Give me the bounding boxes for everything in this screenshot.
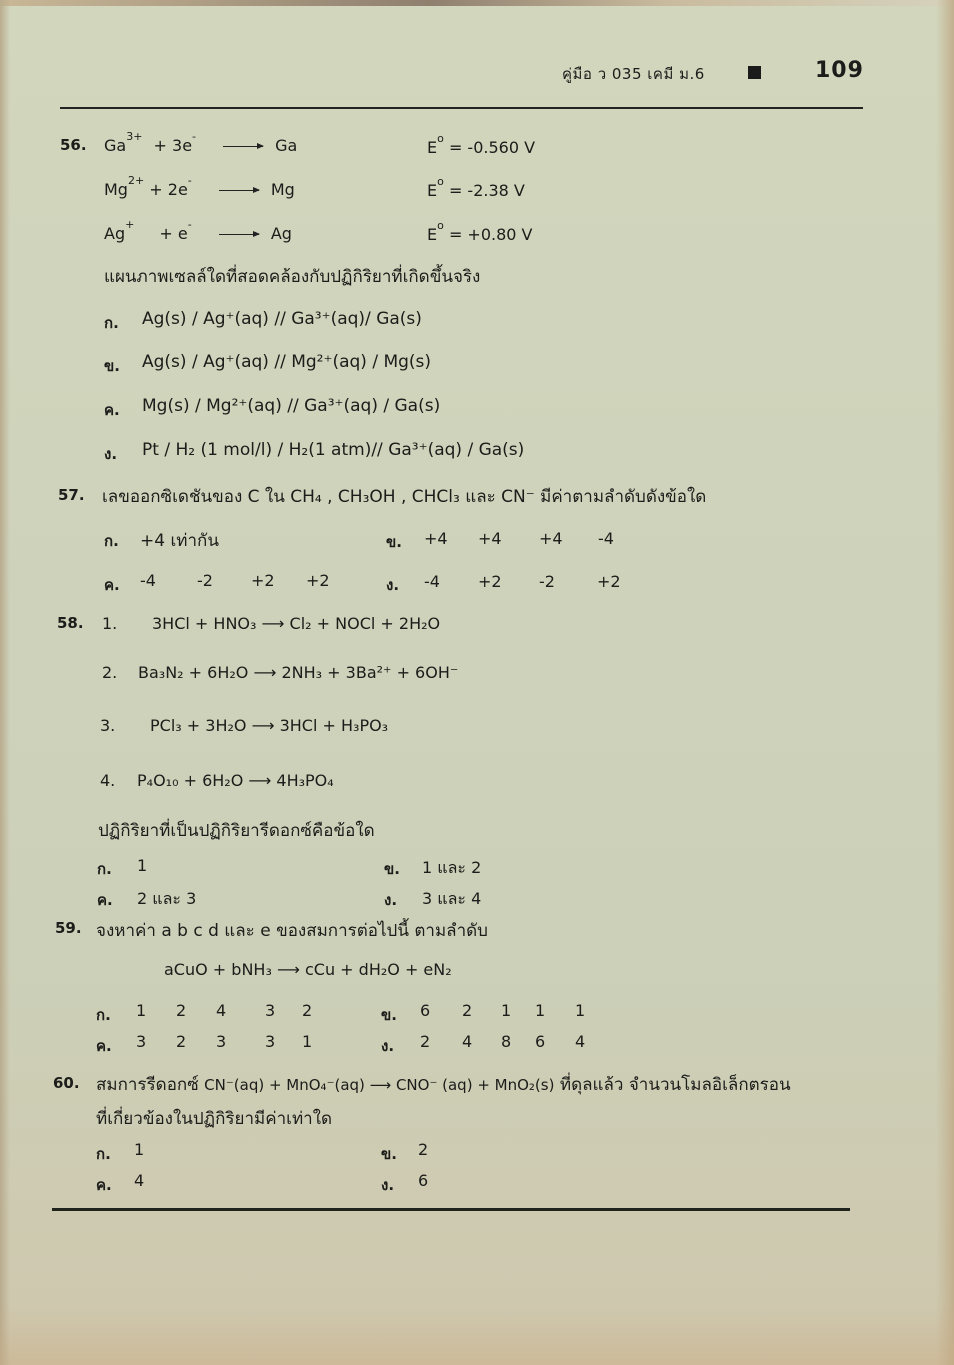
q58-option-c-label: ค. bbox=[97, 888, 113, 912]
question-60-prompt-line1: สมการรีดอกซ์ CN⁻(aq) + MnO₄⁻(aq) ⟶ CNO⁻ … bbox=[96, 1071, 791, 1098]
q56-option-c-label: ค. bbox=[104, 398, 120, 422]
q59-option-a-v1[interactable]: 1 bbox=[136, 1001, 146, 1020]
q57-option-a-label: ก. bbox=[104, 529, 119, 553]
question-56-number: 56. bbox=[60, 136, 87, 154]
q58-option-a-text[interactable]: 1 bbox=[137, 856, 147, 875]
q57-option-b-v2[interactable]: +4 bbox=[478, 529, 502, 548]
reaction-4: P₄O₁₀ + 6H₂O ⟶ 4H₃PO₄ bbox=[137, 771, 334, 790]
q57-option-c-v4[interactable]: +2 bbox=[306, 571, 330, 590]
q59-option-a-v4[interactable]: 3 bbox=[265, 1001, 275, 1020]
q59-option-a-v3[interactable]: 4 bbox=[216, 1001, 226, 1020]
question-59-prompt: จงหาค่า a b c d และ e ของสมการต่อไปนี้ ต… bbox=[96, 917, 488, 944]
q56-option-b-text[interactable]: Ag(s) / Ag⁺(aq) // Mg²⁺(aq) / Mg(s) bbox=[142, 352, 431, 372]
half-reaction-1: Ga3+ + 3e- Ga bbox=[104, 136, 297, 155]
q57-option-c-v3[interactable]: +2 bbox=[251, 571, 275, 590]
question-60-equation: CN⁻(aq) + MnO₄⁻(aq) ⟶ CNO⁻ (aq) + MnO₂(s… bbox=[204, 1076, 554, 1094]
page-bottom-edge bbox=[0, 1305, 954, 1365]
reaction-4-index: 4. bbox=[100, 771, 115, 790]
q59-option-c-v5[interactable]: 1 bbox=[302, 1032, 312, 1051]
q58-option-b-label: ข. bbox=[384, 857, 400, 881]
q59-option-d-v4[interactable]: 6 bbox=[535, 1032, 545, 1051]
page-number: 109 bbox=[815, 58, 864, 83]
q59-option-d-v3[interactable]: 8 bbox=[501, 1032, 511, 1051]
q56-option-d-text[interactable]: Pt / H₂ (1 mol/l) / H₂(1 atm)// Ga³⁺(aq)… bbox=[142, 440, 524, 460]
q57-option-a-text[interactable]: +4 เท่ากัน bbox=[140, 527, 219, 554]
q59-option-b-v4[interactable]: 1 bbox=[535, 1001, 545, 1020]
q60-option-b-text[interactable]: 2 bbox=[418, 1140, 428, 1159]
q59-option-d-v1[interactable]: 2 bbox=[420, 1032, 430, 1051]
square-bullet-icon bbox=[748, 66, 761, 79]
q59-option-a-v2[interactable]: 2 bbox=[176, 1001, 186, 1020]
question-57-prompt: เลขออกซิเดชันของ C ใน CH₄ , CH₃OH , CHCl… bbox=[102, 483, 706, 510]
reaction-2: Ba₃N₂ + 6H₂O ⟶ 2NH₃ + 3Ba²⁺ + 6OH⁻ bbox=[138, 663, 458, 682]
q56-option-a-text[interactable]: Ag(s) / Ag⁺(aq) // Ga³⁺(aq)/ Ga(s) bbox=[142, 309, 422, 329]
q59-option-c-v4[interactable]: 3 bbox=[265, 1032, 275, 1051]
q56-option-a-label: ก. bbox=[104, 311, 119, 335]
q58-option-d-text[interactable]: 3 และ 4 bbox=[422, 887, 481, 912]
page-right-edge bbox=[936, 0, 954, 1365]
page-left-edge bbox=[0, 0, 10, 1365]
q56-option-d-label: ง. bbox=[104, 442, 117, 466]
q60-option-d-label: ง. bbox=[381, 1173, 394, 1197]
q59-option-b-v3[interactable]: 1 bbox=[501, 1001, 511, 1020]
running-header: คู่มือ ว 035 เคมี ม.6 bbox=[562, 62, 761, 86]
q57-option-d-v4[interactable]: +2 bbox=[597, 572, 621, 591]
q57-option-d-label: ง. bbox=[386, 573, 399, 597]
q59-option-a-v5[interactable]: 2 bbox=[302, 1001, 312, 1020]
q58-option-b-text[interactable]: 1 และ 2 bbox=[422, 856, 481, 881]
question-59-number: 59. bbox=[55, 919, 82, 937]
q58-option-a-label: ก. bbox=[97, 857, 112, 881]
q57-option-d-v3[interactable]: -2 bbox=[539, 572, 555, 591]
reaction-1: 3HCl + HNO₃ ⟶ Cl₂ + NOCl + 2H₂O bbox=[152, 614, 440, 633]
q56-option-c-text[interactable]: Mg(s) / Mg²⁺(aq) // Ga³⁺(aq) / Ga(s) bbox=[142, 396, 440, 416]
q59-option-d-v5[interactable]: 4 bbox=[575, 1032, 585, 1051]
page-top-edge bbox=[0, 0, 954, 6]
q59-option-b-v5[interactable]: 1 bbox=[575, 1001, 585, 1020]
q59-option-c-label: ค. bbox=[96, 1034, 112, 1058]
q60-option-c-label: ค. bbox=[96, 1173, 112, 1197]
reaction-1-index: 1. bbox=[102, 614, 117, 633]
question-57-number: 57. bbox=[58, 486, 85, 504]
footer-rule bbox=[52, 1208, 850, 1211]
q58-option-d-label: ง. bbox=[384, 888, 397, 912]
q57-option-b-label: ข. bbox=[386, 530, 402, 554]
reaction-2-index: 2. bbox=[102, 663, 117, 682]
header-rule bbox=[60, 107, 863, 109]
q59-option-b-label: ข. bbox=[381, 1003, 397, 1027]
question-60-prompt-line2: ที่เกี่ยวข้องในปฏิกิริยามีค่าเท่าใด bbox=[96, 1105, 332, 1132]
q59-option-b-v1[interactable]: 6 bbox=[420, 1001, 430, 1020]
potential-2: Eo = -2.38 V bbox=[427, 181, 525, 200]
q59-option-c-v1[interactable]: 3 bbox=[136, 1032, 146, 1051]
question-56-prompt: แผนภาพเซลล์ใดที่สอดคล้องกับปฏิกิริยาที่เ… bbox=[104, 263, 480, 290]
question-59-equation: aCuO + bNH₃ ⟶ cCu + dH₂O + eN₂ bbox=[164, 960, 452, 979]
book-title: คู่มือ ว 035 เคมี ม.6 bbox=[562, 65, 705, 83]
q59-option-a-label: ก. bbox=[96, 1003, 111, 1027]
q60-option-a-text[interactable]: 1 bbox=[134, 1140, 144, 1159]
half-reaction-2: Mg2+ + 2e- Mg bbox=[104, 180, 295, 199]
q59-option-d-v2[interactable]: 4 bbox=[462, 1032, 472, 1051]
reaction-3-index: 3. bbox=[100, 716, 115, 735]
q57-option-c-v1[interactable]: -4 bbox=[140, 571, 156, 590]
question-58-prompt: ปฏิกิริยาที่เป็นปฏิกิริยารีดอกซ์คือข้อใด bbox=[98, 817, 375, 844]
reaction-arrow-icon bbox=[223, 146, 263, 147]
q58-option-c-text[interactable]: 2 และ 3 bbox=[137, 887, 196, 912]
q60-option-b-label: ข. bbox=[381, 1142, 397, 1166]
q59-option-c-v3[interactable]: 3 bbox=[216, 1032, 226, 1051]
q59-option-d-label: ง. bbox=[381, 1034, 394, 1058]
q59-option-b-v2[interactable]: 2 bbox=[462, 1001, 472, 1020]
reaction-3: PCl₃ + 3H₂O ⟶ 3HCl + H₃PO₃ bbox=[150, 716, 388, 735]
q59-option-c-v2[interactable]: 2 bbox=[176, 1032, 186, 1051]
question-60-number: 60. bbox=[53, 1074, 80, 1092]
q60-option-c-text[interactable]: 4 bbox=[134, 1171, 144, 1190]
q57-option-c-v2[interactable]: -2 bbox=[197, 571, 213, 590]
q60-option-a-label: ก. bbox=[96, 1142, 111, 1166]
q60-option-d-text[interactable]: 6 bbox=[418, 1171, 428, 1190]
q57-option-b-v3[interactable]: +4 bbox=[539, 529, 563, 548]
half-reaction-3: Ag+ + e- Ag bbox=[104, 224, 292, 243]
q57-option-d-v2[interactable]: +2 bbox=[478, 572, 502, 591]
potential-1: Eo = -0.560 V bbox=[427, 138, 535, 157]
q57-option-b-v1[interactable]: +4 bbox=[424, 529, 448, 548]
question-58-number: 58. bbox=[57, 614, 84, 632]
potential-3: Eo = +0.80 V bbox=[427, 225, 533, 244]
q57-option-c-label: ค. bbox=[104, 573, 120, 597]
reaction-arrow-icon bbox=[219, 234, 259, 235]
reaction-arrow-icon bbox=[219, 190, 259, 191]
q57-option-b-v4[interactable]: -4 bbox=[598, 529, 614, 548]
q57-option-d-v1[interactable]: -4 bbox=[424, 572, 440, 591]
q56-option-b-label: ข. bbox=[104, 354, 120, 378]
